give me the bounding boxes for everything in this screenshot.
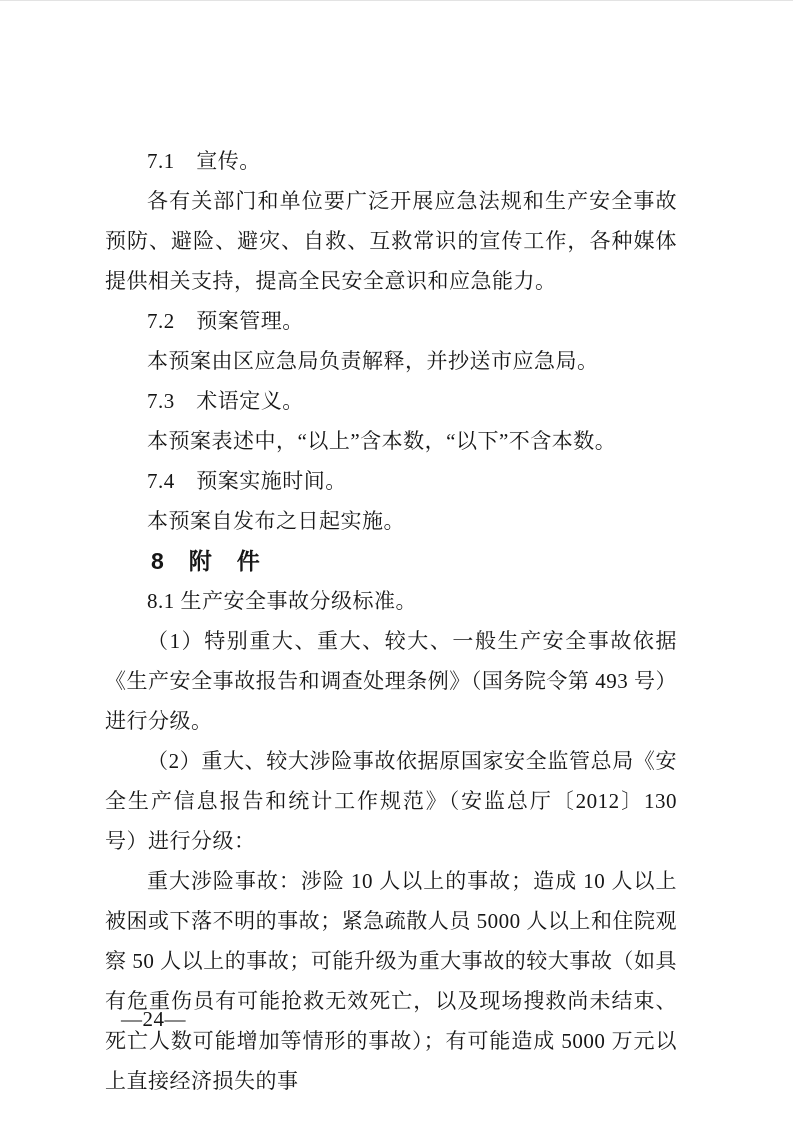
document-page: 7.1 宣传。 各有关部门和单位要广泛开展应急法规和生产安全事故预防、避险、避灾…	[0, 0, 793, 1122]
section-heading-7-4: 7.4 预案实施时间。	[105, 461, 677, 501]
section-heading-7-1: 7.1 宣传。	[105, 141, 677, 181]
paragraph-major-incident-criteria: 重大涉险事故：涉险 10 人以上的事故；造成 10 人以上被困或下落不明的事故；…	[105, 861, 677, 1101]
section-heading-7-2: 7.2 预案管理。	[105, 301, 677, 341]
paragraph-publicity: 各有关部门和单位要广泛开展应急法规和生产安全事故预防、避险、避灾、自救、互救常识…	[105, 181, 677, 301]
paragraph-grading-item-2: （2）重大、较大涉险事故依据原国家安全监管总局《安全生产信息报告和统计工作规范》…	[105, 741, 677, 861]
paragraph-grading-item-1: （1）特别重大、重大、较大、一般生产安全事故依据《生产安全事故报告和调查处理条例…	[105, 621, 677, 741]
page-number: —24—	[121, 1002, 186, 1036]
paragraph-implementation-date: 本预案自发布之日起实施。	[105, 501, 677, 541]
document-body: 7.1 宣传。 各有关部门和单位要广泛开展应急法规和生产安全事故预防、避险、避灾…	[105, 141, 677, 1101]
chapter-heading-8-attachments: 8 附 件	[105, 541, 677, 581]
paragraph-plan-management: 本预案由区应急局负责解释，并抄送市应急局。	[105, 341, 677, 381]
paragraph-terminology: 本预案表述中，“以上”含本数，“以下”不含本数。	[105, 421, 677, 461]
section-heading-8-1: 8.1 生产安全事故分级标准。	[105, 581, 677, 621]
section-heading-7-3: 7.3 术语定义。	[105, 381, 677, 421]
